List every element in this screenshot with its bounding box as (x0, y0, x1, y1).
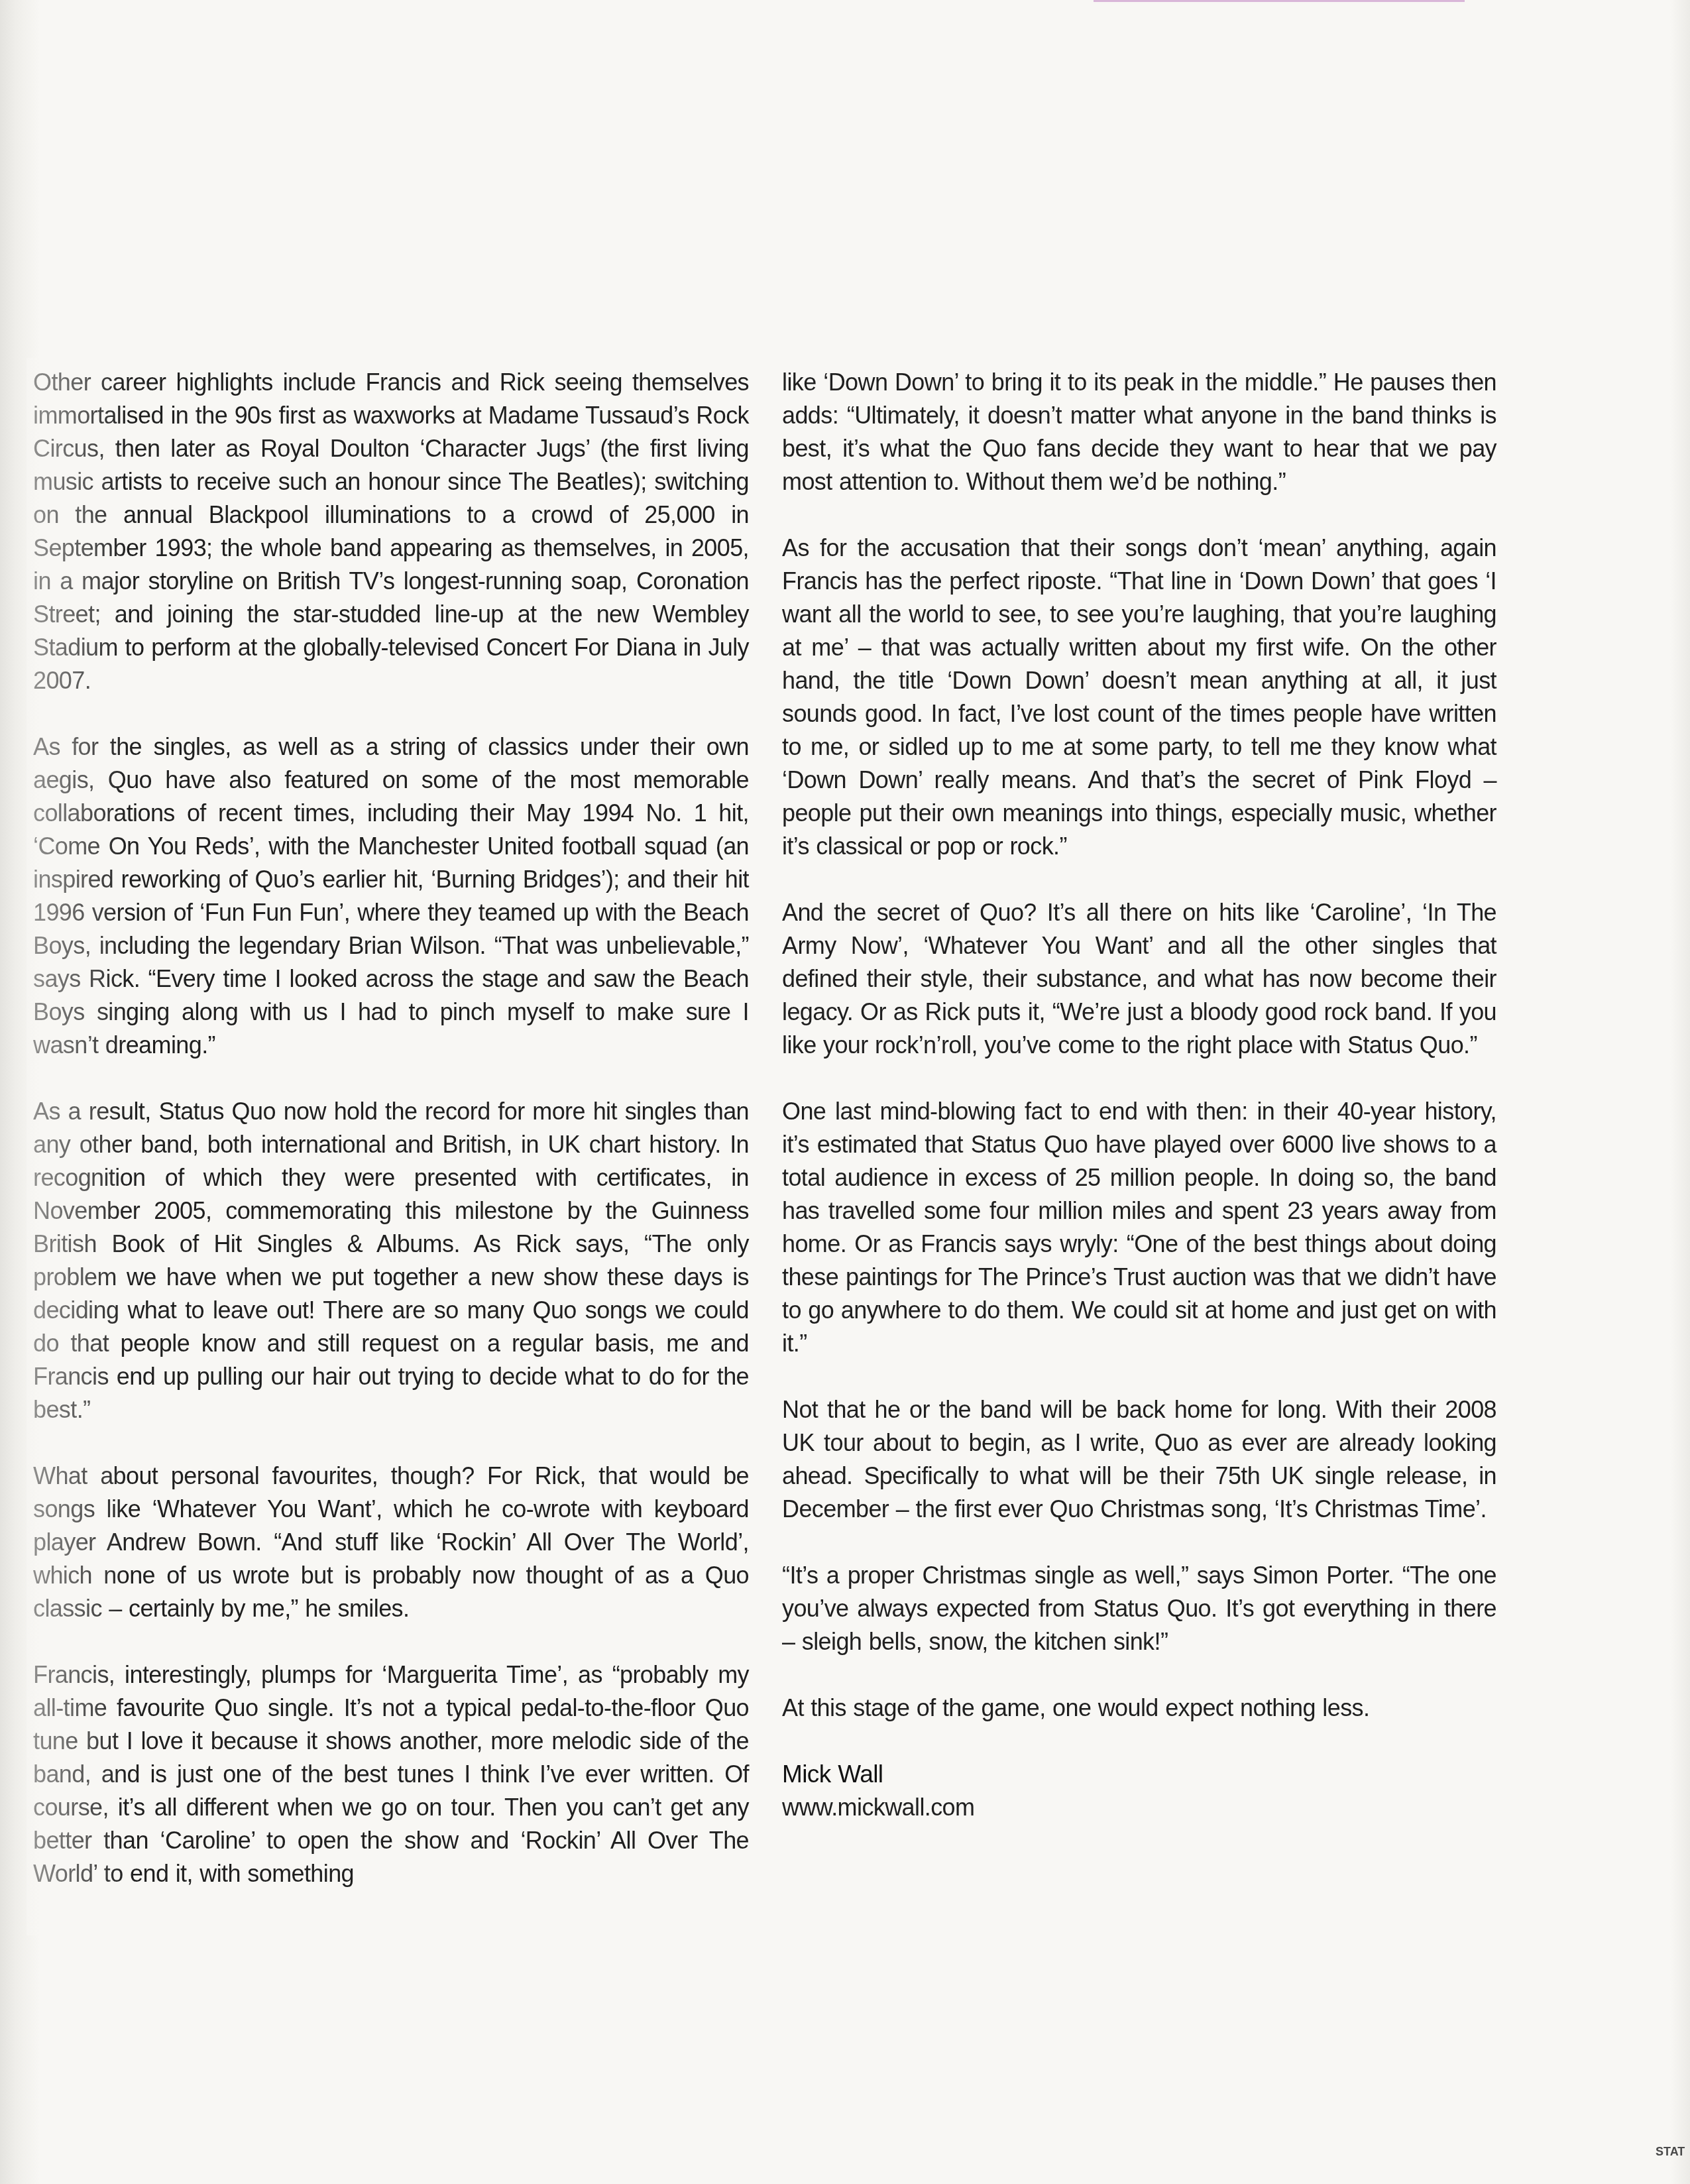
paragraph-francis-favourites: Francis, interestingly, plumps for ‘Marg… (33, 1658, 749, 1890)
paragraph-closing: At this stage of the game, one would exp… (782, 1692, 1496, 1725)
page-edge-shadow (1670, 0, 1690, 2184)
paragraph-song-meaning: As for the accusation that their songs d… (782, 532, 1496, 863)
paragraph-2008-tour: Not that he or the band will be back hom… (782, 1393, 1496, 1526)
left-column: Other career highlights include Francis … (33, 366, 749, 1890)
paragraph-rick-favourites: What about personal favourites, though? … (33, 1460, 749, 1625)
paragraph-chart-record: As a result, Status Quo now hold the rec… (33, 1095, 749, 1426)
paragraph-live-shows-fact: One last mind-blowing fact to end with t… (782, 1095, 1496, 1360)
paragraph-christmas-single-quote: “It’s a proper Christmas single as well,… (782, 1559, 1496, 1658)
running-footer-text: STAT (1656, 2145, 1685, 2159)
right-column: like ‘Down Down’ to bring it to its peak… (782, 366, 1496, 1824)
paragraph-singles-collaborations: As for the singles, as well as a string … (33, 730, 749, 1062)
author-name: Mick Wall (782, 1758, 1496, 1791)
bleed-edge-mark (1094, 0, 1465, 2)
author-website-link[interactable]: www.mickwall.com (782, 1791, 1496, 1824)
paragraph-career-highlights: Other career highlights include Francis … (33, 366, 749, 697)
paragraph-secret-of-quo: And the secret of Quo? It’s all there on… (782, 896, 1496, 1062)
paragraph-down-down-peak: like ‘Down Down’ to bring it to its peak… (782, 366, 1496, 498)
byline: Mick Wall www.mickwall.com (782, 1758, 1496, 1824)
